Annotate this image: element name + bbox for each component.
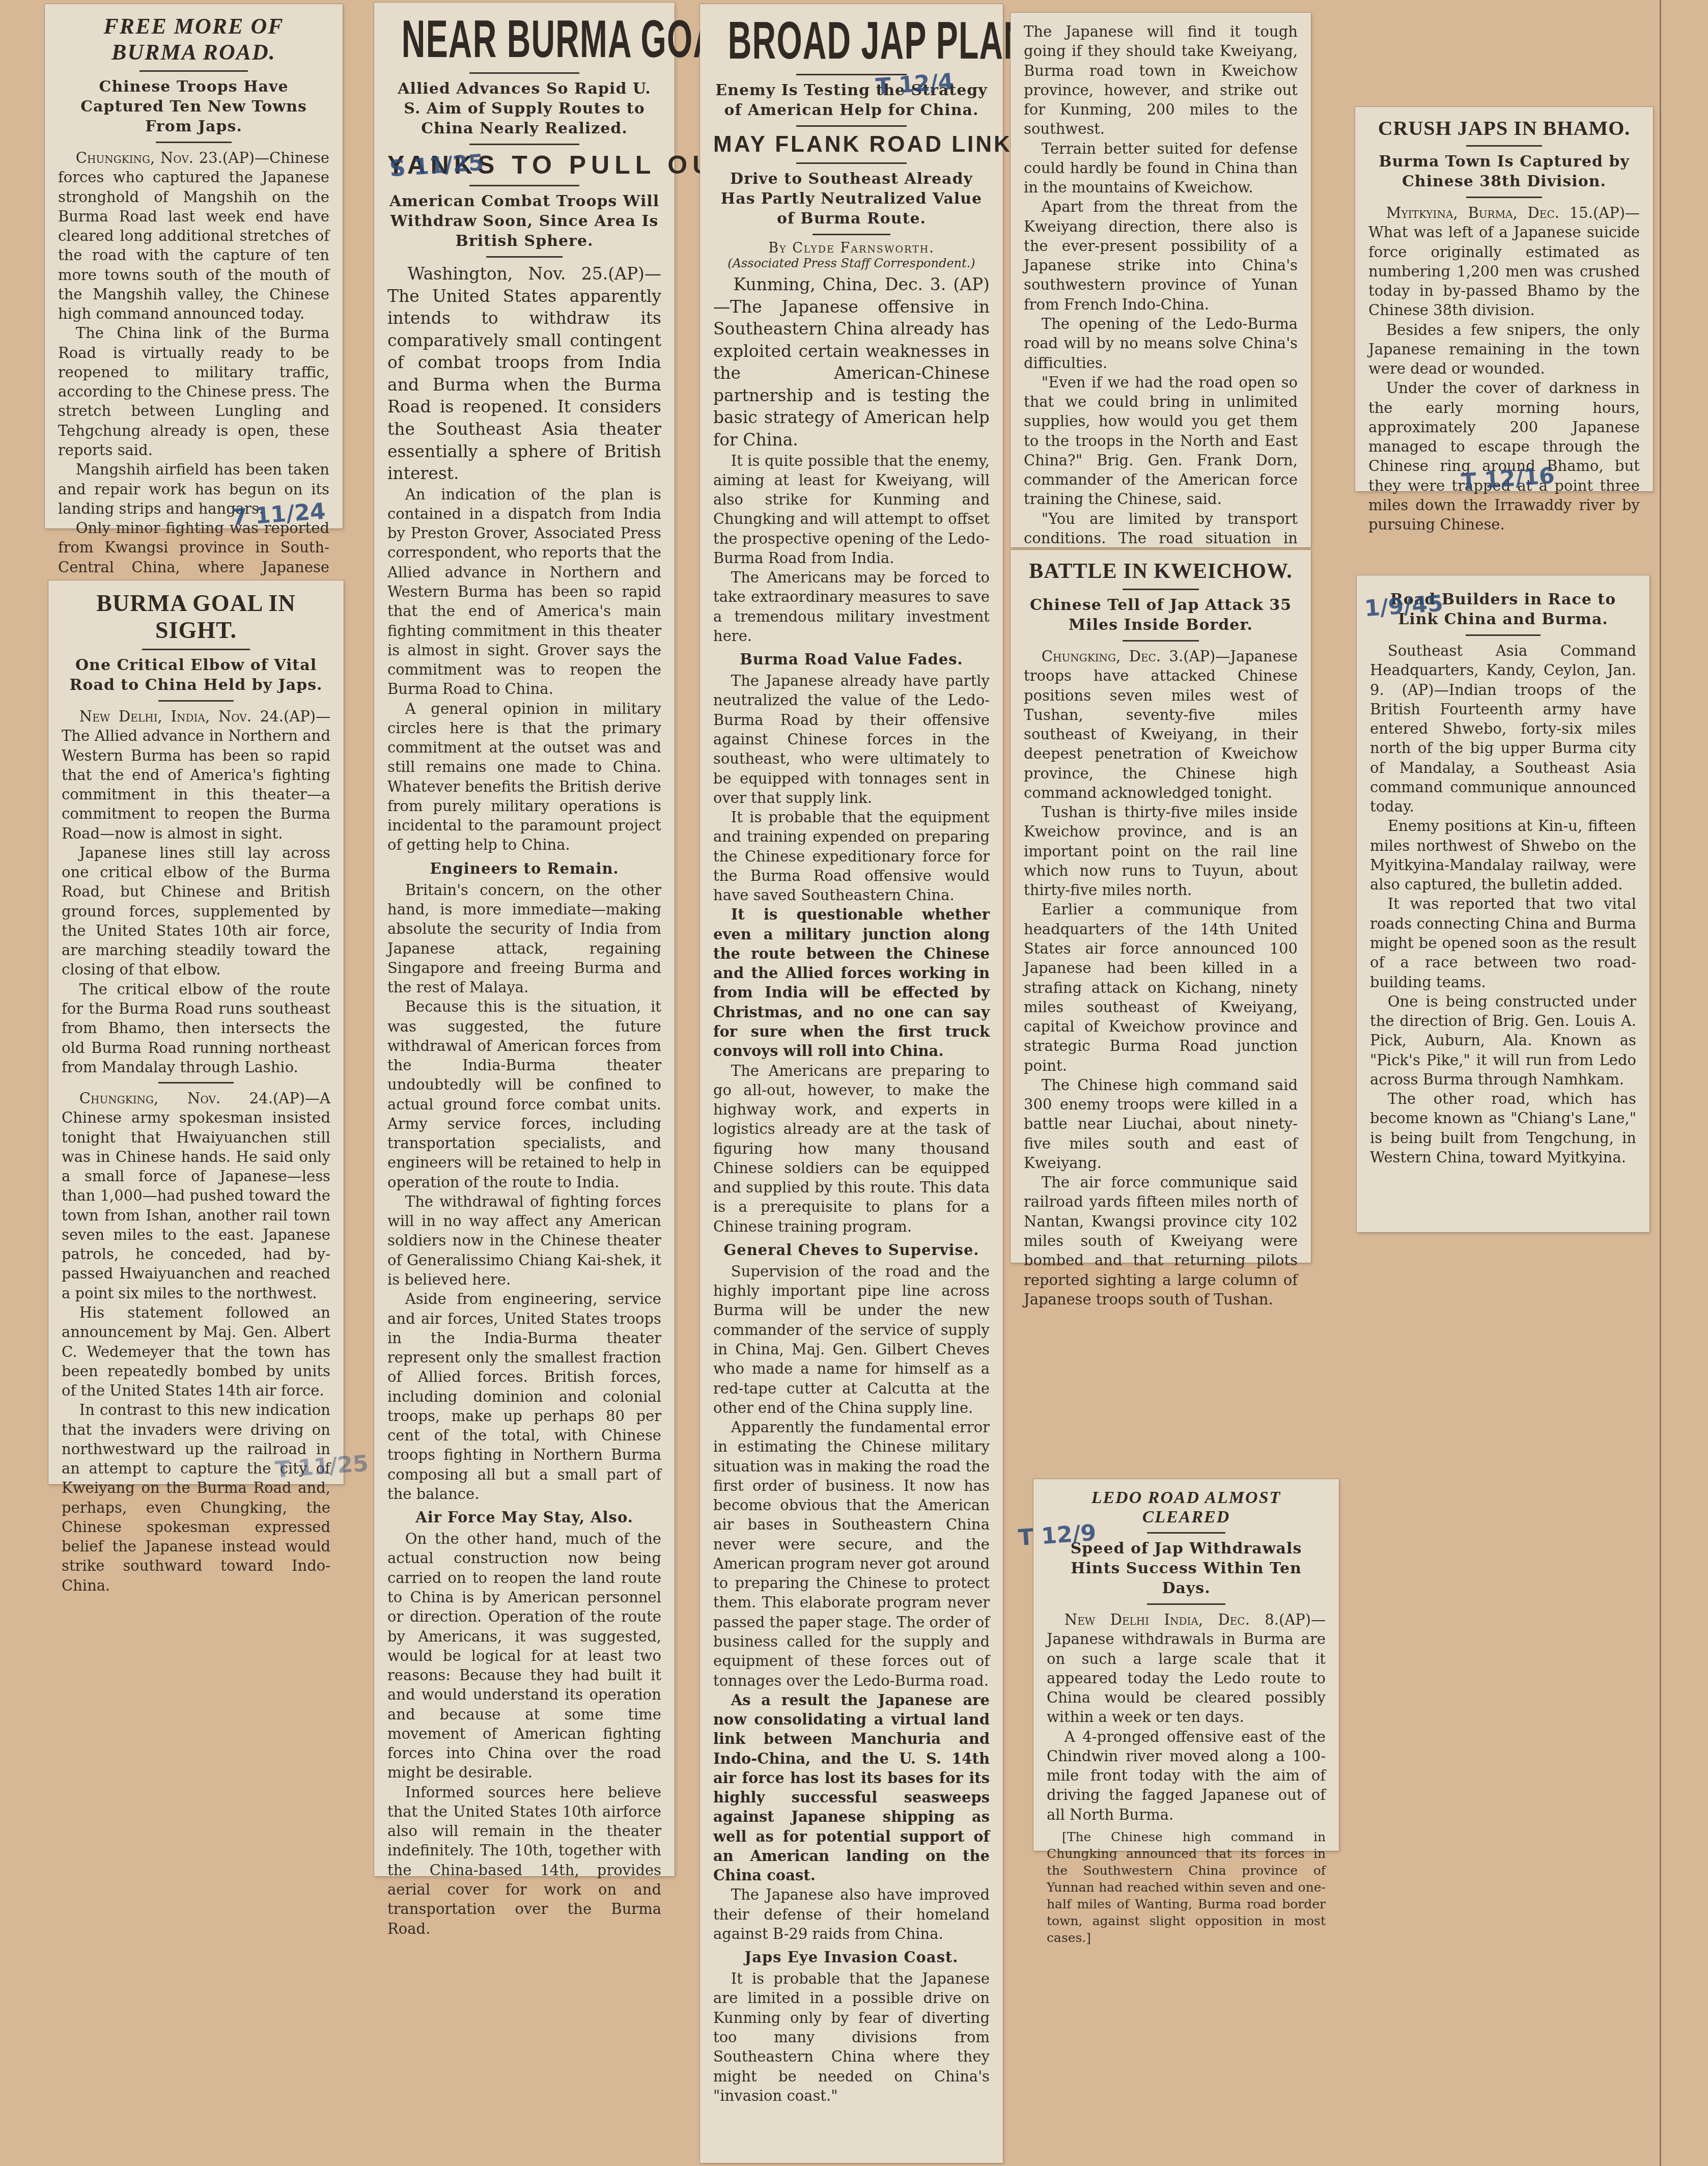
paragraph: The opening of the Ledo-Burma road will …	[1024, 314, 1298, 373]
divider	[1466, 197, 1542, 198]
deck: Drive to Southeast Already Has Partly Ne…	[713, 169, 990, 229]
paragraph-bold: It is questionable whether even a milita…	[713, 905, 990, 1061]
headline: BROAD JAP PLAN	[728, 13, 975, 69]
headline: BURMA GOAL IN SIGHT.	[62, 590, 330, 644]
paragraph: On the other hand, much of the actual co…	[387, 1529, 661, 1782]
paragraph: A 4-pronged offensive east of the Chindw…	[1047, 1727, 1326, 1824]
subheading: General Cheves to Supervise.	[713, 1241, 990, 1259]
paragraph: The other road, which has become known a…	[1370, 1089, 1636, 1167]
divider	[158, 1082, 234, 1084]
paragraph: The air force communique said railroad y…	[1024, 1173, 1298, 1309]
paragraph: The Americans are preparing to go all-ou…	[713, 1061, 990, 1236]
clipping-broad-jap-plan: BROAD JAP PLAN Enemy Is Testing the Stra…	[700, 4, 1003, 2163]
article-body: Chungking, Dec. 3.(AP)—Japanese troops h…	[1024, 647, 1298, 1309]
dateline: New Delhi India, Dec. 8.(AP)	[1065, 1611, 1311, 1628]
headline: FREE MORE OF BURMA ROAD.	[58, 13, 329, 65]
divider	[469, 144, 579, 145]
paragraph: Aside from engineering, service and air …	[387, 1289, 661, 1504]
dateline: Washington, Nov. 25.(AP)	[408, 264, 645, 284]
deck: Burma Town Is Captured by Chinese 38th D…	[1368, 152, 1640, 191]
divider	[1123, 589, 1199, 590]
paragraph: Supervision of the road and the highly i…	[713, 1262, 990, 1418]
deck: Speed of Jap Withdrawals Hints Success W…	[1047, 1539, 1326, 1598]
paragraph-bold: As a result the Japanese are now consoli…	[713, 1690, 990, 1885]
dateline: Chungking, Nov. 23.(AP)	[76, 149, 255, 166]
article-body: Southeast Asia Command Headquarters, Kan…	[1370, 641, 1636, 1167]
article-body: New Delhi India, Dec. 8.(AP)—Japanese wi…	[1047, 1610, 1326, 1946]
headline: NEAR BURMA GOAL	[402, 12, 647, 67]
divider	[1466, 634, 1540, 636]
divider	[1466, 145, 1542, 147]
article-body: Kunming, China, Dec. 3. (AP)—The Japanes…	[713, 273, 990, 2105]
paragraph: Kunming, China, Dec. 3. (AP)—The Japanes…	[713, 273, 990, 451]
paragraph: It is probable that the Japanese are lim…	[713, 1969, 990, 2105]
headline-secondary: MAY FLANK ROAD LINK	[713, 132, 990, 157]
divider	[813, 234, 890, 235]
paragraph: One is being constructed under the direc…	[1370, 992, 1636, 1089]
scrapbook-fold-line	[1660, 0, 1661, 2166]
divider	[139, 70, 248, 72]
paragraph: An indication of the plan is contained i…	[387, 485, 661, 699]
dateline: Chungking, Dec. 3.(AP)	[1042, 648, 1216, 665]
clipping-near-burma-goal: NEAR BURMA GOAL Allied Advances So Rapid…	[374, 3, 675, 1876]
paragraph: Besides a few snipers, the only Japanese…	[1368, 320, 1640, 379]
paragraph: Terrain better suited for defense could …	[1024, 139, 1298, 198]
deck: Chinese Tell of Jap Attack 35 Miles Insi…	[1024, 595, 1298, 635]
paragraph: The Americans may be forced to take extr…	[713, 568, 990, 646]
paragraph: Washington, Nov. 25.(AP)—The United Stat…	[387, 263, 661, 484]
paragraph: The Japanese will find it tough going if…	[1024, 22, 1298, 139]
divider	[156, 142, 232, 143]
subheading: Japs Eye Invasion Coast.	[713, 1949, 990, 1966]
divider	[796, 162, 907, 164]
paragraph: The China link of the Burma Road is virt…	[58, 323, 329, 460]
paragraph: Tushan is thirty-five miles inside Kweic…	[1024, 802, 1298, 900]
paragraph: The Chinese high command said 300 enemy …	[1024, 1075, 1298, 1173]
paragraph: Informed sources here believe that the U…	[387, 1783, 661, 1938]
deck: Chinese Troops Have Captured Ten New Tow…	[58, 77, 329, 136]
byline: By Clyde Farnsworth.	[713, 240, 990, 256]
paragraph: It was reported that two vital roads con…	[1370, 894, 1636, 991]
paragraph: "Even if we had the road open so that we…	[1024, 373, 1298, 509]
paragraph: Southeast Asia Command Headquarters, Kan…	[1370, 641, 1636, 816]
divider	[1147, 1532, 1225, 1534]
deck: Allied Advances So Rapid U. S. Aim of Su…	[387, 79, 661, 138]
paragraph: A general opinion in military circles he…	[387, 699, 661, 855]
paragraph: It is probable that the equipment and tr…	[713, 808, 990, 905]
dateline: Myitkyina, Burma, Dec. 15.(AP)	[1386, 204, 1625, 221]
handwritten-date: 1/9/45	[1363, 591, 1444, 622]
paragraph: The withdrawal of fighting forces will i…	[387, 1192, 661, 1289]
paragraph: Britain's concern, on the other hand, is…	[387, 880, 661, 997]
paragraph: The Japanese already have partly neutral…	[713, 671, 990, 808]
divider	[469, 72, 579, 74]
subheading: Burma Road Value Fades.	[713, 651, 990, 668]
divider	[469, 185, 579, 186]
handwritten-date: T 12/9	[1017, 1520, 1097, 1551]
paragraph: Chungking, Nov. 24.(AP)—A Chinese army s…	[62, 1089, 330, 1303]
paragraph: The Japanese also have improved their de…	[713, 1885, 990, 1943]
divider	[796, 125, 907, 127]
clipping-battle-in-kweichow: BATTLE IN KWEICHOW. Chinese Tell of Jap …	[1011, 550, 1311, 1263]
paragraph: In contrast to this new indication that …	[62, 1400, 330, 1595]
paragraph: Earlier a communique from headquarters o…	[1024, 900, 1298, 1075]
deck: American Combat Troops Will Withdraw Soo…	[387, 191, 661, 251]
headline: CRUSH JAPS IN BHAMO.	[1368, 116, 1640, 140]
headline: BATTLE IN KWEICHOW.	[1024, 559, 1298, 584]
clipping-broad-jap-plan-continued: The Japanese will find it tough going if…	[1011, 13, 1311, 547]
clipping-free-more-of-burma-road: FREE MORE OF BURMA ROAD. Chinese Troops …	[45, 4, 343, 529]
bracket-note: [The Chinese high command in Chungking a…	[1047, 1828, 1326, 1946]
divider	[142, 649, 249, 650]
divider	[486, 256, 563, 258]
divider	[1123, 640, 1199, 642]
paragraph: Because this is the situation, it was su…	[387, 997, 661, 1192]
paragraph: Under the cover of darkness in the early…	[1368, 378, 1640, 534]
dateline: Kunming, China, Dec. 3. (AP)	[734, 274, 990, 294]
paragraph: Apart from the threat from the Kweiyang …	[1024, 197, 1298, 314]
clipping-crush-japs-in-bhamo: CRUSH JAPS IN BHAMO. Burma Town Is Captu…	[1355, 107, 1653, 491]
dateline: Chungking, Nov. 24.(AP)	[79, 1090, 305, 1107]
byline-credit: (Associated Press Staff Correspondent.)	[713, 256, 990, 270]
paragraph: The critical elbow of the route for the …	[62, 980, 330, 1077]
paragraph: Chungking, Nov. 23.(AP)—Chinese forces w…	[58, 148, 329, 323]
paragraph: Japanese lines still lay across one crit…	[62, 843, 330, 980]
paragraph: New Delhi, India, Nov. 24.(AP)—The Allie…	[62, 707, 330, 843]
clipping-road-builders: Road Builders in Race to Link China and …	[1357, 575, 1649, 1232]
divider	[158, 700, 234, 702]
paragraph: Chungking, Dec. 3.(AP)—Japanese troops h…	[1024, 647, 1298, 802]
paragraph: It is quite possible that the enemy, aim…	[713, 451, 990, 568]
paragraph: Myitkyina, Burma, Dec. 15.(AP)—What was …	[1368, 203, 1640, 320]
handwritten-date: T 12/4	[875, 69, 954, 100]
subheading: Engineers to Remain.	[387, 860, 661, 877]
dateline: New Delhi, India, Nov. 24.(AP)	[79, 708, 316, 725]
paragraph: Apparently the fundamental error in esti…	[713, 1418, 990, 1690]
subheading: Air Force May Stay, Also.	[387, 1509, 661, 1526]
paragraph: Enemy positions at Kin-u, fifteen miles …	[1370, 816, 1636, 894]
article-body: Washington, Nov. 25.(AP)—The United Stat…	[387, 263, 661, 1938]
divider	[1147, 1603, 1225, 1605]
clipping-burma-goal-in-sight: BURMA GOAL IN SIGHT. One Critical Elbow …	[48, 580, 344, 1484]
paragraph: His statement followed an announcement b…	[62, 1303, 330, 1400]
paragraph: New Delhi India, Dec. 8.(AP)—Japanese wi…	[1047, 1610, 1326, 1727]
deck: One Critical Elbow of Vital Road to Chin…	[62, 655, 330, 695]
